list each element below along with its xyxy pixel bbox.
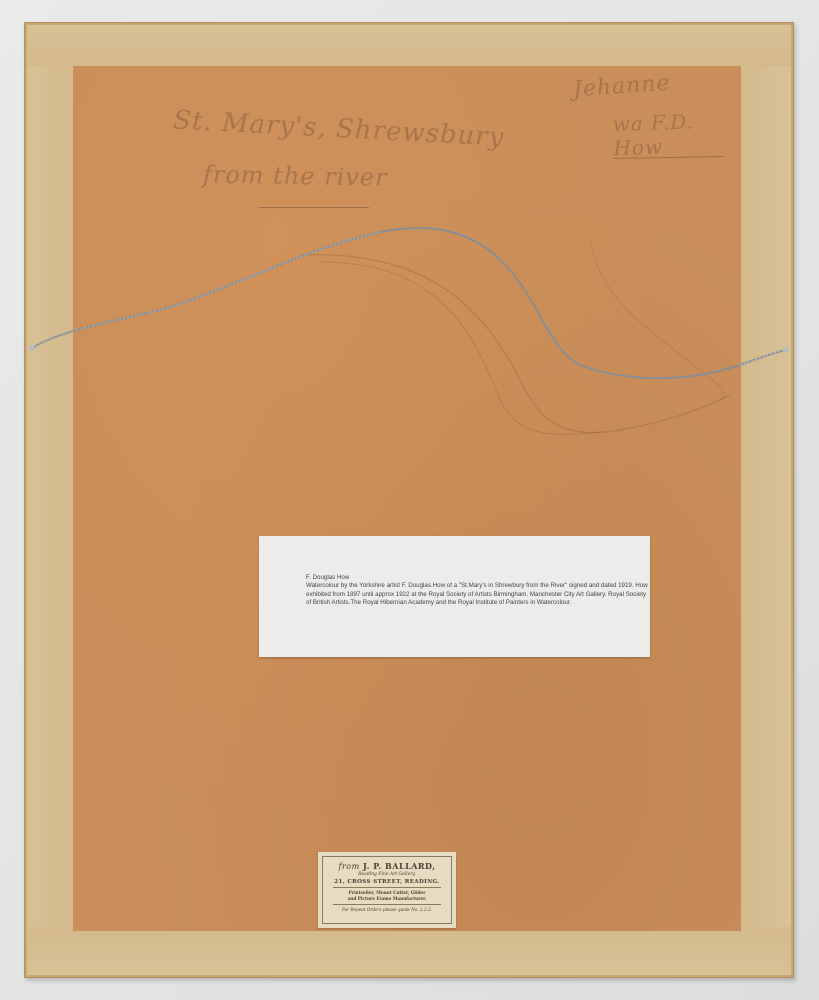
- label-body: Watercolour by the Yorkshire artist F. D…: [306, 582, 650, 607]
- tape-bottom: [25, 927, 793, 977]
- tape-top: [25, 23, 793, 66]
- typed-description-label: F. Douglas How Watercolour by the Yorksh…: [259, 536, 650, 657]
- handwritten-signature-line1: Jehanne: [572, 71, 671, 103]
- picture-frame-back: St. Mary's, Shrewsbury from the river Je…: [24, 22, 794, 978]
- handwritten-title-line1: St. Mary's, Shrewsbury: [172, 105, 505, 152]
- framer-address: 21, CROSS STREET, READING.: [323, 879, 451, 885]
- framer-divider: [333, 887, 441, 888]
- label-heading: F. Douglas How: [306, 574, 650, 582]
- framer-subtitle: Reading Fine Art Gallery,: [323, 872, 451, 877]
- handwritten-underline: [259, 207, 369, 208]
- framer-name-line: from J. P. BALLARD,: [323, 861, 451, 871]
- backing-board: St. Mary's, Shrewsbury from the river Je…: [73, 66, 741, 931]
- tape-right: [739, 66, 793, 927]
- handwritten-signature-line2: wa F.D. How: [612, 108, 742, 160]
- handwritten-title-line2: from the river: [203, 160, 388, 191]
- tape-left: [25, 66, 73, 927]
- framer-divider: [333, 904, 441, 905]
- framer-footer: For Repeat Orders please quote No. 2.2.3…: [323, 907, 451, 912]
- framer-label: from J. P. BALLARD, Reading Fine Art Gal…: [318, 852, 456, 928]
- framer-from-prefix: from: [339, 862, 360, 871]
- framer-trade-line2: and Picture Frame Manufacturer.: [323, 896, 451, 902]
- framer-name: J. P. BALLARD,: [363, 861, 436, 871]
